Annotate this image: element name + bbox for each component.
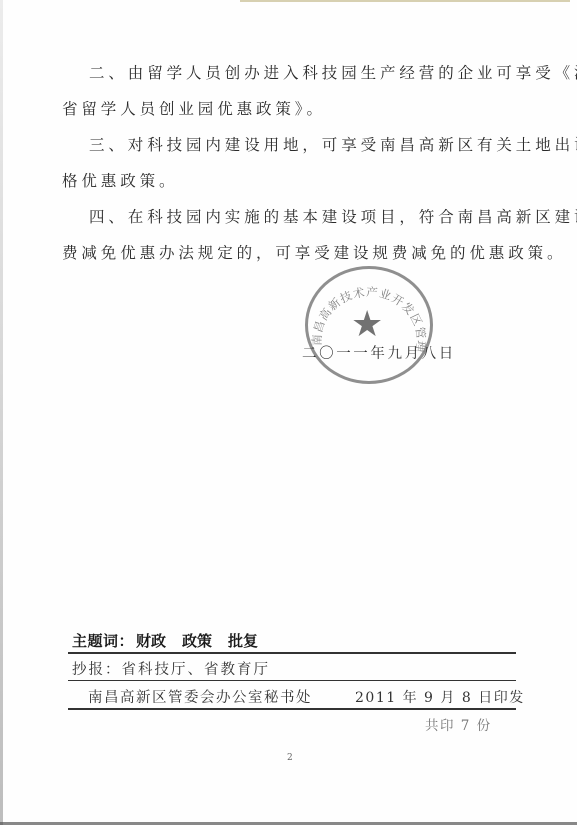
cc-row: 抄报：省科技厅、省教育厅 <box>72 658 270 679</box>
official-seal: 南昌高新技术产业开发区管理委员会 ★ <box>305 266 433 384</box>
keyword-2: 政策 <box>182 632 212 650</box>
cc-value: 省科技厅、省教育厅 <box>122 662 271 678</box>
scan-edge-left <box>0 0 3 825</box>
issuer-name: 南昌高新区管委会办公室秘书处 <box>88 690 312 706</box>
footer-rule-3 <box>68 708 516 710</box>
page-number: 2 <box>287 753 293 763</box>
paragraph-4-line-2: 费减免优惠办法规定的，可享受建设规费减免的优惠政策。 <box>62 243 566 263</box>
keywords-label: 主题词： <box>72 632 134 650</box>
keywords-row: 主题词：财政政策批复 <box>72 630 258 651</box>
footer-rule-2 <box>68 680 516 681</box>
copies-count: 共印 7 份 <box>425 714 492 734</box>
paragraph-2-line-2: 省留学人员创业园优惠政策》。 <box>62 99 326 119</box>
document-page: 二、由留学人员创办进入科技园生产经营的企业可享受《江西 省留学人员创业园优惠政策… <box>0 0 577 825</box>
paragraph-4-line-1: 四、在科技园内实施的基本建设项目，符合南昌高新区建设规 <box>89 207 577 227</box>
paragraph-2-line-1: 二、由留学人员创办进入科技园生产经营的企业可享受《江西 <box>89 63 577 83</box>
footer-rule-1 <box>68 652 516 654</box>
signature-date: 二〇一一年九月八日 <box>302 342 456 363</box>
paragraph-3-line-1: 三、对科技园内建设用地，可享受南昌高新区有关土地出让价 <box>89 135 577 155</box>
keyword-1: 财政 <box>136 632 166 650</box>
scan-edge-top <box>240 0 570 2</box>
print-date: 2011 年 9 月 8 日印发 <box>355 687 525 707</box>
cc-label: 抄报： <box>72 662 122 678</box>
star-icon: ★ <box>351 307 383 343</box>
keyword-3: 批复 <box>228 632 258 650</box>
issuer-row: 南昌高新区管委会办公室秘书处 <box>88 686 312 707</box>
paragraph-3-line-2: 格优惠政策。 <box>62 171 178 191</box>
